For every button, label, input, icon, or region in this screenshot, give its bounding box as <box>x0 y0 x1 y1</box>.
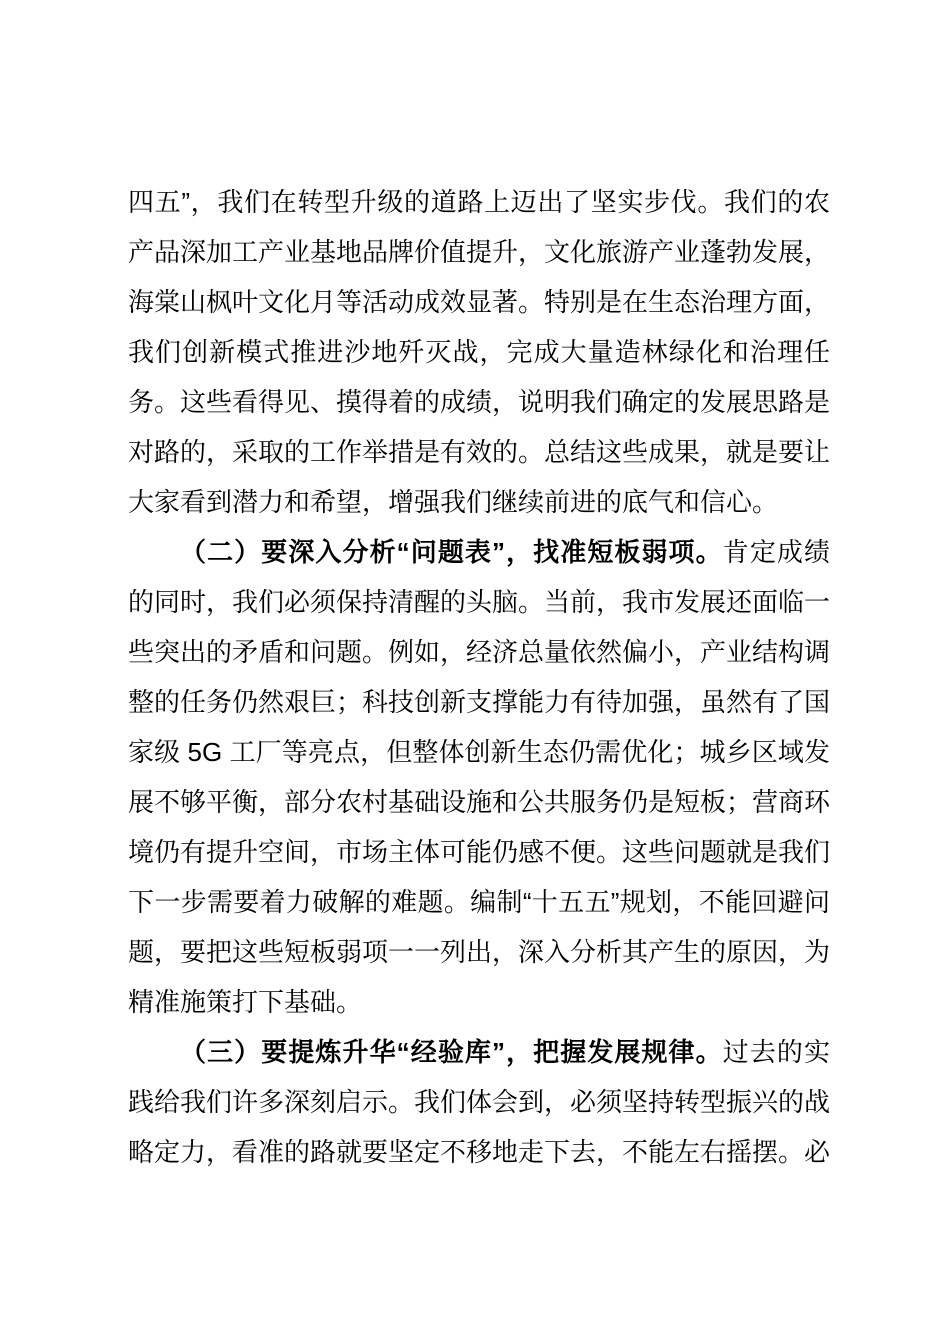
paragraph-section-3: （三）要提炼升华“经验库”，把握发展规律。过去的实践给我们许多深刻启示。我们体会… <box>128 1027 830 1177</box>
paragraph-continued: 四五”，我们在转型升级的道路上迈出了坚实步伐。我们的农产品深加工产业基地品牌价值… <box>128 177 830 527</box>
paragraph-body: 肯定成绩的同时，我们必须保持清醒的头脑。当前，我市发展还面临一些突出的矛盾和问题… <box>128 537 830 1017</box>
document-text-block: 四五”，我们在转型升级的道路上迈出了坚实步伐。我们的农产品深加工产业基地品牌价值… <box>128 177 830 1177</box>
document-page: 四五”，我们在转型升级的道路上迈出了坚实步伐。我们的农产品深加工产业基地品牌价值… <box>0 0 950 1344</box>
paragraph-bold-lead: （三）要提炼升华“经验库”，把握发展规律。 <box>180 1037 723 1067</box>
paragraph-body: 四五”，我们在转型升级的道路上迈出了坚实步伐。我们的农产品深加工产业基地品牌价值… <box>128 187 830 517</box>
paragraph-bold-lead: （二）要深入分析“问题表”，找准短板弱项。 <box>180 537 723 567</box>
paragraph-section-2: （二）要深入分析“问题表”，找准短板弱项。肯定成绩的同时，我们必须保持清醒的头脑… <box>128 527 830 1027</box>
